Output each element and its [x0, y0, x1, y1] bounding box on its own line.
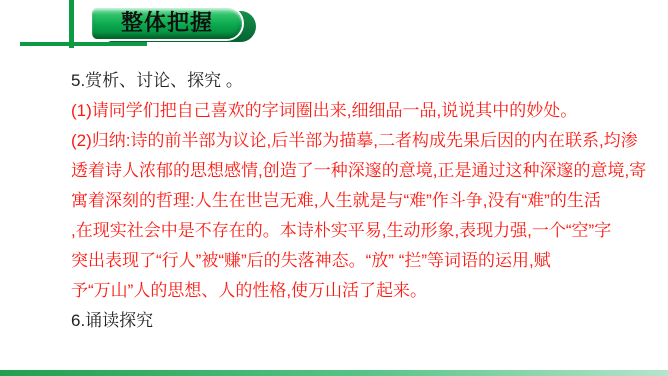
body-line: 6.诵读探究: [71, 306, 665, 336]
body-line: 透着诗人浓郁的思想感情,创造了一种深邃的意境,正是通过这种深邃的意境,寄: [71, 156, 665, 186]
body-line: ,在现实社会中是不存在的。本诗朴实平易,生动形象,表现力强,一个“空”字: [71, 216, 665, 246]
body-line: 5.赏析、讨论、探究 。: [71, 66, 665, 96]
title-badge: 整体把握: [92, 8, 268, 46]
slide-body: 5.赏析、讨论、探究 。 (1)请同学们把自己喜欢的字词圈出来,细细品一品,说说…: [71, 66, 665, 336]
body-line: 寓着深刻的哲理:人生在世岂无难,人生就是与“难”作斗争,没有“难”的生活: [71, 186, 665, 216]
header-vertical-accent-line: [69, 0, 74, 48]
body-line: (1)请同学们把自己喜欢的字词圈出来,细细品一品,说说其中的妙处。: [71, 96, 665, 126]
page-title: 整体把握: [121, 12, 213, 34]
footer-accent-bar: [0, 370, 668, 376]
body-line: 突出表现了“行人”被“赚”后的失落神态。“放” “拦”等词语的运用,赋: [71, 246, 665, 276]
body-line: 予“万山”人的思想、人的性格,使万山活了起来。: [71, 276, 665, 306]
body-line: (2)归纳:诗的前半部为议论,后半部为描摹,二者构成先果后因的内在联系,均渗: [71, 126, 665, 156]
title-badge-face: 整体把握: [92, 8, 242, 39]
